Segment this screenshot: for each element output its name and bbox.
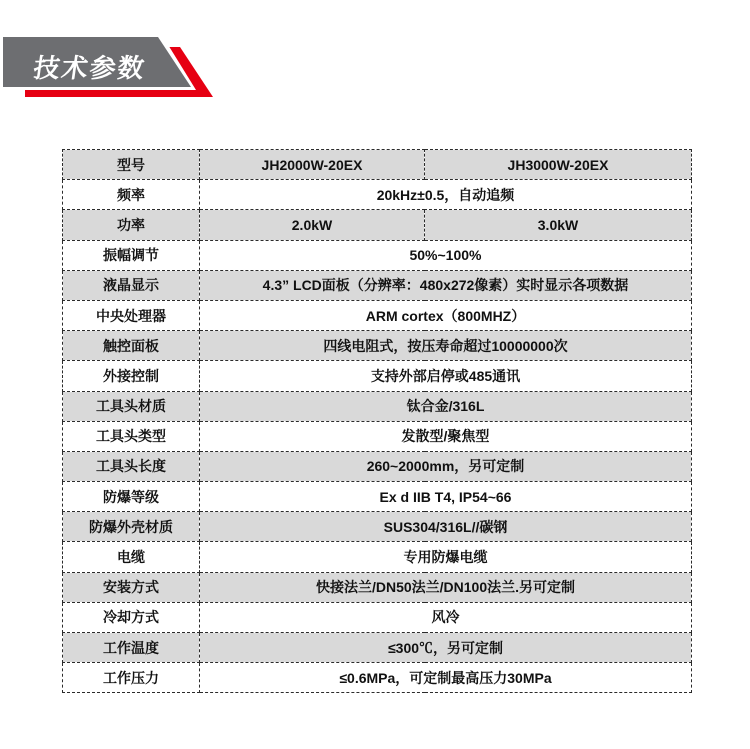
spec-label: 工具头类型: [63, 421, 200, 451]
table-row: 工作压力≤0.6MPa，可定制最高压力30MPa: [63, 663, 692, 693]
spec-label: 冷却方式: [63, 602, 200, 632]
spec-label: 功率: [63, 210, 200, 240]
table-row: 防爆等级Ex d IIB T4, IP54~66: [63, 482, 692, 512]
table-row: 中央处理器ARM cortex（800MHZ）: [63, 300, 692, 330]
spec-value: 风冷: [200, 602, 692, 632]
spec-label: 振幅调节: [63, 240, 200, 270]
spec-label: 触控面板: [63, 331, 200, 361]
spec-value: Ex d IIB T4, IP54~66: [200, 482, 692, 512]
spec-label: 防爆等级: [63, 482, 200, 512]
spec-value: JH3000W-20EX: [425, 150, 692, 180]
section-banner: 技术参数: [0, 35, 235, 101]
spec-label: 型号: [63, 150, 200, 180]
table-row: 功率2.0kW3.0kW: [63, 210, 692, 240]
spec-value: 钛合金/316L: [200, 391, 692, 421]
spec-value: 20kHz±0.5，自动追频: [200, 180, 692, 210]
table-row: 频率20kHz±0.5，自动追频: [63, 180, 692, 210]
spec-value: 50%~100%: [200, 240, 692, 270]
spec-value: 260~2000mm，另可定制: [200, 451, 692, 481]
table-row: 冷却方式风冷: [63, 602, 692, 632]
table-row: 型号JH2000W-20EXJH3000W-20EX: [63, 150, 692, 180]
spec-value: 快接法兰/DN50法兰/DN100法兰.另可定制: [200, 572, 692, 602]
spec-value: 支持外部启停或485通讯: [200, 361, 692, 391]
spec-label: 中央处理器: [63, 300, 200, 330]
spec-value: JH2000W-20EX: [200, 150, 425, 180]
spec-value: 3.0kW: [425, 210, 692, 240]
table-row: 防爆外壳材质SUS304/316L//碳钢: [63, 512, 692, 542]
table-row: 工具头材质钛合金/316L: [63, 391, 692, 421]
spec-label: 工具头材质: [63, 391, 200, 421]
spec-value: ARM cortex（800MHZ）: [200, 300, 692, 330]
table-row: 液晶显示4.3” LCD面板（分辨率：480x272像素）实时显示各项数据: [63, 270, 692, 300]
spec-label: 工作压力: [63, 663, 200, 693]
spec-label: 安装方式: [63, 572, 200, 602]
spec-label: 电缆: [63, 542, 200, 572]
spec-value: ≤0.6MPa，可定制最高压力30MPa: [200, 663, 692, 693]
table-row: 工具头类型发散型/聚焦型: [63, 421, 692, 451]
spec-label: 防爆外壳材质: [63, 512, 200, 542]
table-row: 外接控制支持外部启停或485通讯: [63, 361, 692, 391]
spec-value: 4.3” LCD面板（分辨率：480x272像素）实时显示各项数据: [200, 270, 692, 300]
table-row: 电缆专用防爆电缆: [63, 542, 692, 572]
spec-value: ≤300℃，另可定制: [200, 633, 692, 663]
spec-value: SUS304/316L//碳钢: [200, 512, 692, 542]
spec-label: 工作温度: [63, 633, 200, 663]
section-title: 技术参数: [31, 48, 148, 85]
spec-label: 频率: [63, 180, 200, 210]
spec-table-body: 型号JH2000W-20EXJH3000W-20EX频率20kHz±0.5，自动…: [63, 150, 692, 693]
spec-label: 外接控制: [63, 361, 200, 391]
table-row: 工作温度≤300℃，另可定制: [63, 633, 692, 663]
spec-value: 2.0kW: [200, 210, 425, 240]
table-row: 安装方式快接法兰/DN50法兰/DN100法兰.另可定制: [63, 572, 692, 602]
spec-value: 发散型/聚焦型: [200, 421, 692, 451]
spec-label: 工具头长度: [63, 451, 200, 481]
page: 技术参数 型号JH2000W-20EXJH3000W-20EX频率20kHz±0…: [0, 0, 750, 749]
table-row: 工具头长度260~2000mm，另可定制: [63, 451, 692, 481]
spec-label: 液晶显示: [63, 270, 200, 300]
table-row: 触控面板四线电阻式，按压寿命超过10000000次: [63, 331, 692, 361]
spec-table: 型号JH2000W-20EXJH3000W-20EX频率20kHz±0.5，自动…: [62, 149, 692, 693]
table-row: 振幅调节50%~100%: [63, 240, 692, 270]
spec-value: 四线电阻式，按压寿命超过10000000次: [200, 331, 692, 361]
spec-value: 专用防爆电缆: [200, 542, 692, 572]
